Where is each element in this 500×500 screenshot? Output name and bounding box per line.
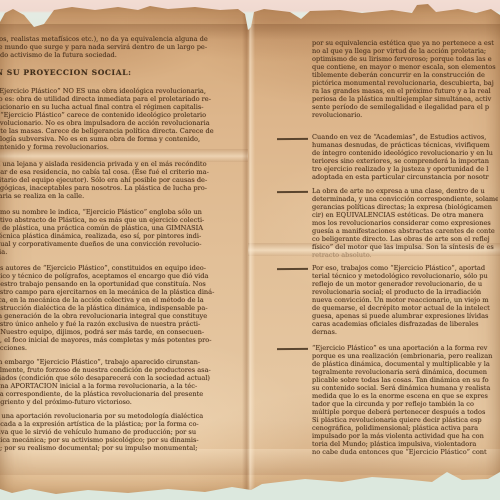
center-vertical-fold (242, 0, 255, 500)
paragraph: Por eso, trabajos como “Ejercicio Plásti… (312, 264, 498, 336)
text-line: La obra de arte no expresa a una clase, … (312, 187, 498, 195)
text-line: guesa, apenas si puede alumbrar expresio… (312, 312, 498, 320)
text-line: tegralmente revolucionaria será dinámica… (312, 368, 498, 376)
text-line: mos los revolucionarios considerar como … (312, 219, 498, 227)
text-line: plicable sobre todas las cosas. Tan diná… (312, 376, 498, 384)
text-line: o de plástica, una práctica común de plá… (0, 224, 234, 232)
text-line: dual y corporativamente dueños de una co… (0, 240, 234, 248)
paragraph-dash-marker (277, 348, 308, 350)
text-line: de quemarse, el decrépito motor actual d… (312, 304, 498, 312)
text-line: gico y técnico de polígrafos, aceptamos … (0, 272, 234, 280)
text-line: optimismo de su lirismo fervoroso; porqu… (312, 55, 498, 63)
text-line: te mundo que surge y para nada servirá d… (0, 43, 234, 51)
text-line: medida que lo es la enorme escena en que… (312, 392, 498, 400)
text-line: físico” del motor que las impulsa. Son l… (312, 243, 498, 251)
text-line: o; por su realismo documental; por su im… (0, 444, 234, 452)
text-line: in embargo “Ejercicio Plástico”, trabajo… (0, 358, 234, 366)
paragraph: os autores de “Ejercicio Plástico”, cons… (0, 264, 234, 352)
text-line: de plástica dinámica, documental y multi… (312, 360, 498, 368)
text-line: nte las masas. Carece de beligerancia po… (0, 127, 234, 135)
text-line: cenográfica, polidimensional; plástica a… (312, 424, 498, 432)
text-line: toria del Mundo; plástica impulsiva, vio… (312, 440, 498, 448)
text-line: omo su nombre le indica, “Ejercicio Plás… (0, 208, 234, 216)
paragraph: Cuando en vez de “Academias”, de Estudio… (312, 133, 498, 181)
text-line: . “Ejercicio Plástico” carece de conteni… (0, 111, 234, 119)
text-line: s una aportación revolucionaria por su m… (0, 412, 234, 420)
text-line: a, el foco inicial de mayores, más compl… (0, 336, 234, 344)
text-line: que contiene, en mayor o menor escala, s… (312, 63, 498, 71)
text-line: tador que la circunda y por reflejo tamb… (312, 400, 498, 408)
text-line: licada a la expresión artística de la pl… (0, 420, 234, 428)
text-line: ritario del equipo ejecutor). Sólo era a… (0, 176, 234, 184)
text-line: estro campo para ejercitarnos en la mecá… (0, 288, 234, 296)
text-line: uestro trabajo pensando en la oportunida… (0, 280, 234, 288)
text-line: impulsado por la más violenta actividad … (312, 432, 498, 440)
text-line: múltiple porque deberá pertenecer despué… (312, 408, 498, 416)
text-line: determinada, y una convicción correspond… (312, 195, 498, 203)
text-line: os autores de “Ejercicio Plástico”, cons… (0, 264, 234, 272)
text-line: por su equivalencia estética que ya no p… (312, 39, 498, 47)
paragraph: s una aportación revolucionaria por su m… (0, 412, 234, 452)
text-line: almente, fruto forzoso de nuestra condic… (0, 366, 234, 374)
text-line: ra las grandes masas, en el próximo futu… (312, 87, 498, 95)
text-line: ria. (0, 248, 234, 256)
text-line: co beligerante directo. Las obras de art… (312, 235, 498, 243)
text-line: no cabe duda entonces que “Ejercicio Plá… (312, 448, 498, 456)
text-line: de íntegro contenido ideológico revoluci… (312, 149, 498, 157)
text-line: nueva convicción. Un motor reaccionario,… (312, 296, 498, 304)
text-line: lucionario en su lucha actual final cont… (0, 103, 234, 111)
text-line: Cuando en vez de “Academias”, de Estudio… (312, 133, 498, 141)
paragraph: “Ejercicio Plástico” NO ES una obra ideo… (0, 87, 234, 151)
document-page: ros, realistas metafísicos etc.), no da … (0, 0, 500, 500)
text-line: Por eso, trabajos como “Ejercicio Plásti… (312, 264, 498, 272)
text-line: . Nuestro equipo, dijimos, podrá ser más… (0, 328, 234, 336)
text-line: ecciones. (0, 344, 234, 352)
text-line: guesía a manifestaciones abstractas care… (312, 227, 498, 235)
text-line: porque es una realización (embrionaria, … (312, 352, 498, 360)
text-line: ros, realistas metafísicos etc.), no da … (0, 35, 234, 43)
text-line: tiblemente deberán concurrir en la const… (312, 71, 498, 79)
section-heading: N SU PROYECCION SOCIAL: (0, 68, 234, 78)
text-line: periosa de la plástica multiejemplar sim… (312, 95, 498, 103)
text-line: agógicas, inaceptables para nosotros. La… (0, 184, 234, 192)
text-line: nstrucción dialéctica de la plástica din… (0, 304, 234, 312)
text-line: ología subversiva. No es en suma obra de… (0, 135, 234, 143)
text-line: dernas. (312, 328, 498, 336)
text-line: n una lejana y aislada residencia privad… (0, 160, 234, 168)
text-line: cir) en EQUIVALENCIAS estéticas. De otra… (312, 211, 498, 219)
text-line: sente período de semilegalidad e ilegali… (312, 103, 498, 111)
text-line: taria se realiza en la calle. (0, 192, 234, 200)
text-line: “Ejercicio Plástico” NO ES una obra ideo… (0, 87, 234, 95)
text-line: tiva que le sirvió de vehículo humano de… (0, 428, 234, 436)
text-line: terial técnico y metodológico revolucion… (312, 272, 498, 280)
text-line: humanas desnudas, de prácticas técnicas,… (312, 141, 498, 149)
text-line: caras academias oficiales disfrazadas de… (312, 320, 498, 328)
text-line: ngriento y del próximo-futuro victorioso… (0, 398, 234, 406)
text-line: la generación de la obra revolucionaria … (0, 312, 234, 320)
paragraph: “Ejercicio Plástico” es una aportación a… (312, 344, 498, 456)
text-line: revolucionaria social; el producto de la… (312, 288, 498, 296)
text-line: gerancias políticas directas; la expresa… (312, 203, 498, 211)
text-line: no al que ya llega por virtud de la acci… (312, 47, 498, 55)
crease-obscured-text-line: retracto absoluto. (312, 251, 498, 259)
text-line: reflejo de un motor generador revolucion… (312, 280, 498, 288)
text-line: ica, en la mecánica de la acción colecti… (0, 296, 234, 304)
left-column: ros, realistas metafísicos etc.), no da … (0, 35, 234, 452)
paragraph: in embargo “Ejercicio Plástico”, trabajo… (0, 358, 234, 406)
paragraph-dash-marker (277, 268, 308, 270)
text-line: pictórica monumental revolucionaria, des… (312, 79, 498, 87)
text-line: una APORTACION inicial a la forma revolu… (0, 382, 234, 390)
text-line: técnica plástica dinámica, realizada, es… (0, 232, 234, 240)
text-line: revolucionario. (312, 111, 498, 119)
text-line: ontenido y forma revolucionarios. (0, 143, 234, 151)
right-column: por su equivalencia estética que ya no p… (312, 39, 498, 456)
text-line: tro ejercicio realizado y la justeza y o… (312, 165, 498, 173)
text-line: adoptada en esta particular circunstanci… (312, 173, 498, 181)
text-line: to es: obra de utilidad directa inmediat… (0, 95, 234, 103)
text-line: gar de esa residencia, no cabía tal cosa… (0, 168, 234, 176)
text-line: teriores sino exteriores, se comprenderá… (312, 157, 498, 165)
paragraph: La obra de arte no expresa a una clase, … (312, 187, 498, 251)
document-scan: ros, realistas metafísicos etc.), no da … (0, 0, 500, 500)
text-line: ca correspondiente, de la plástica revol… (0, 390, 234, 398)
text-line: riados (condición que sólo desaparecerá … (0, 374, 234, 382)
text-line: su contenido social. Será dinámica human… (312, 384, 498, 392)
paragraph: n una lejana y aislada residencia privad… (0, 160, 234, 200)
text-line: nica mecánica; por su activismo psicológ… (0, 436, 234, 444)
paragraph-dash-marker (277, 191, 308, 193)
text-line: Si plástica revolucionaria quiere decir … (312, 416, 498, 424)
text-line: “Ejercicio Plástico” es una aportación a… (312, 344, 498, 352)
text-line: evolucionario. No es obra impulsadora de… (0, 119, 234, 127)
text-line: estro único anhelo y fué la razón exclus… (0, 320, 234, 328)
paragraph: omo su nombre le indica, “Ejercicio Plás… (0, 208, 234, 256)
text-line: odo activismo de la futura sociedad. (0, 51, 234, 59)
paragraph: ros, realistas metafísicos etc.), no da … (0, 35, 234, 59)
paragraph-dash-marker (277, 138, 308, 140)
paragraph: por su equivalencia estética que ya no p… (312, 39, 498, 119)
text-line: otivo abstracto de Plástica, no es más q… (0, 216, 234, 224)
